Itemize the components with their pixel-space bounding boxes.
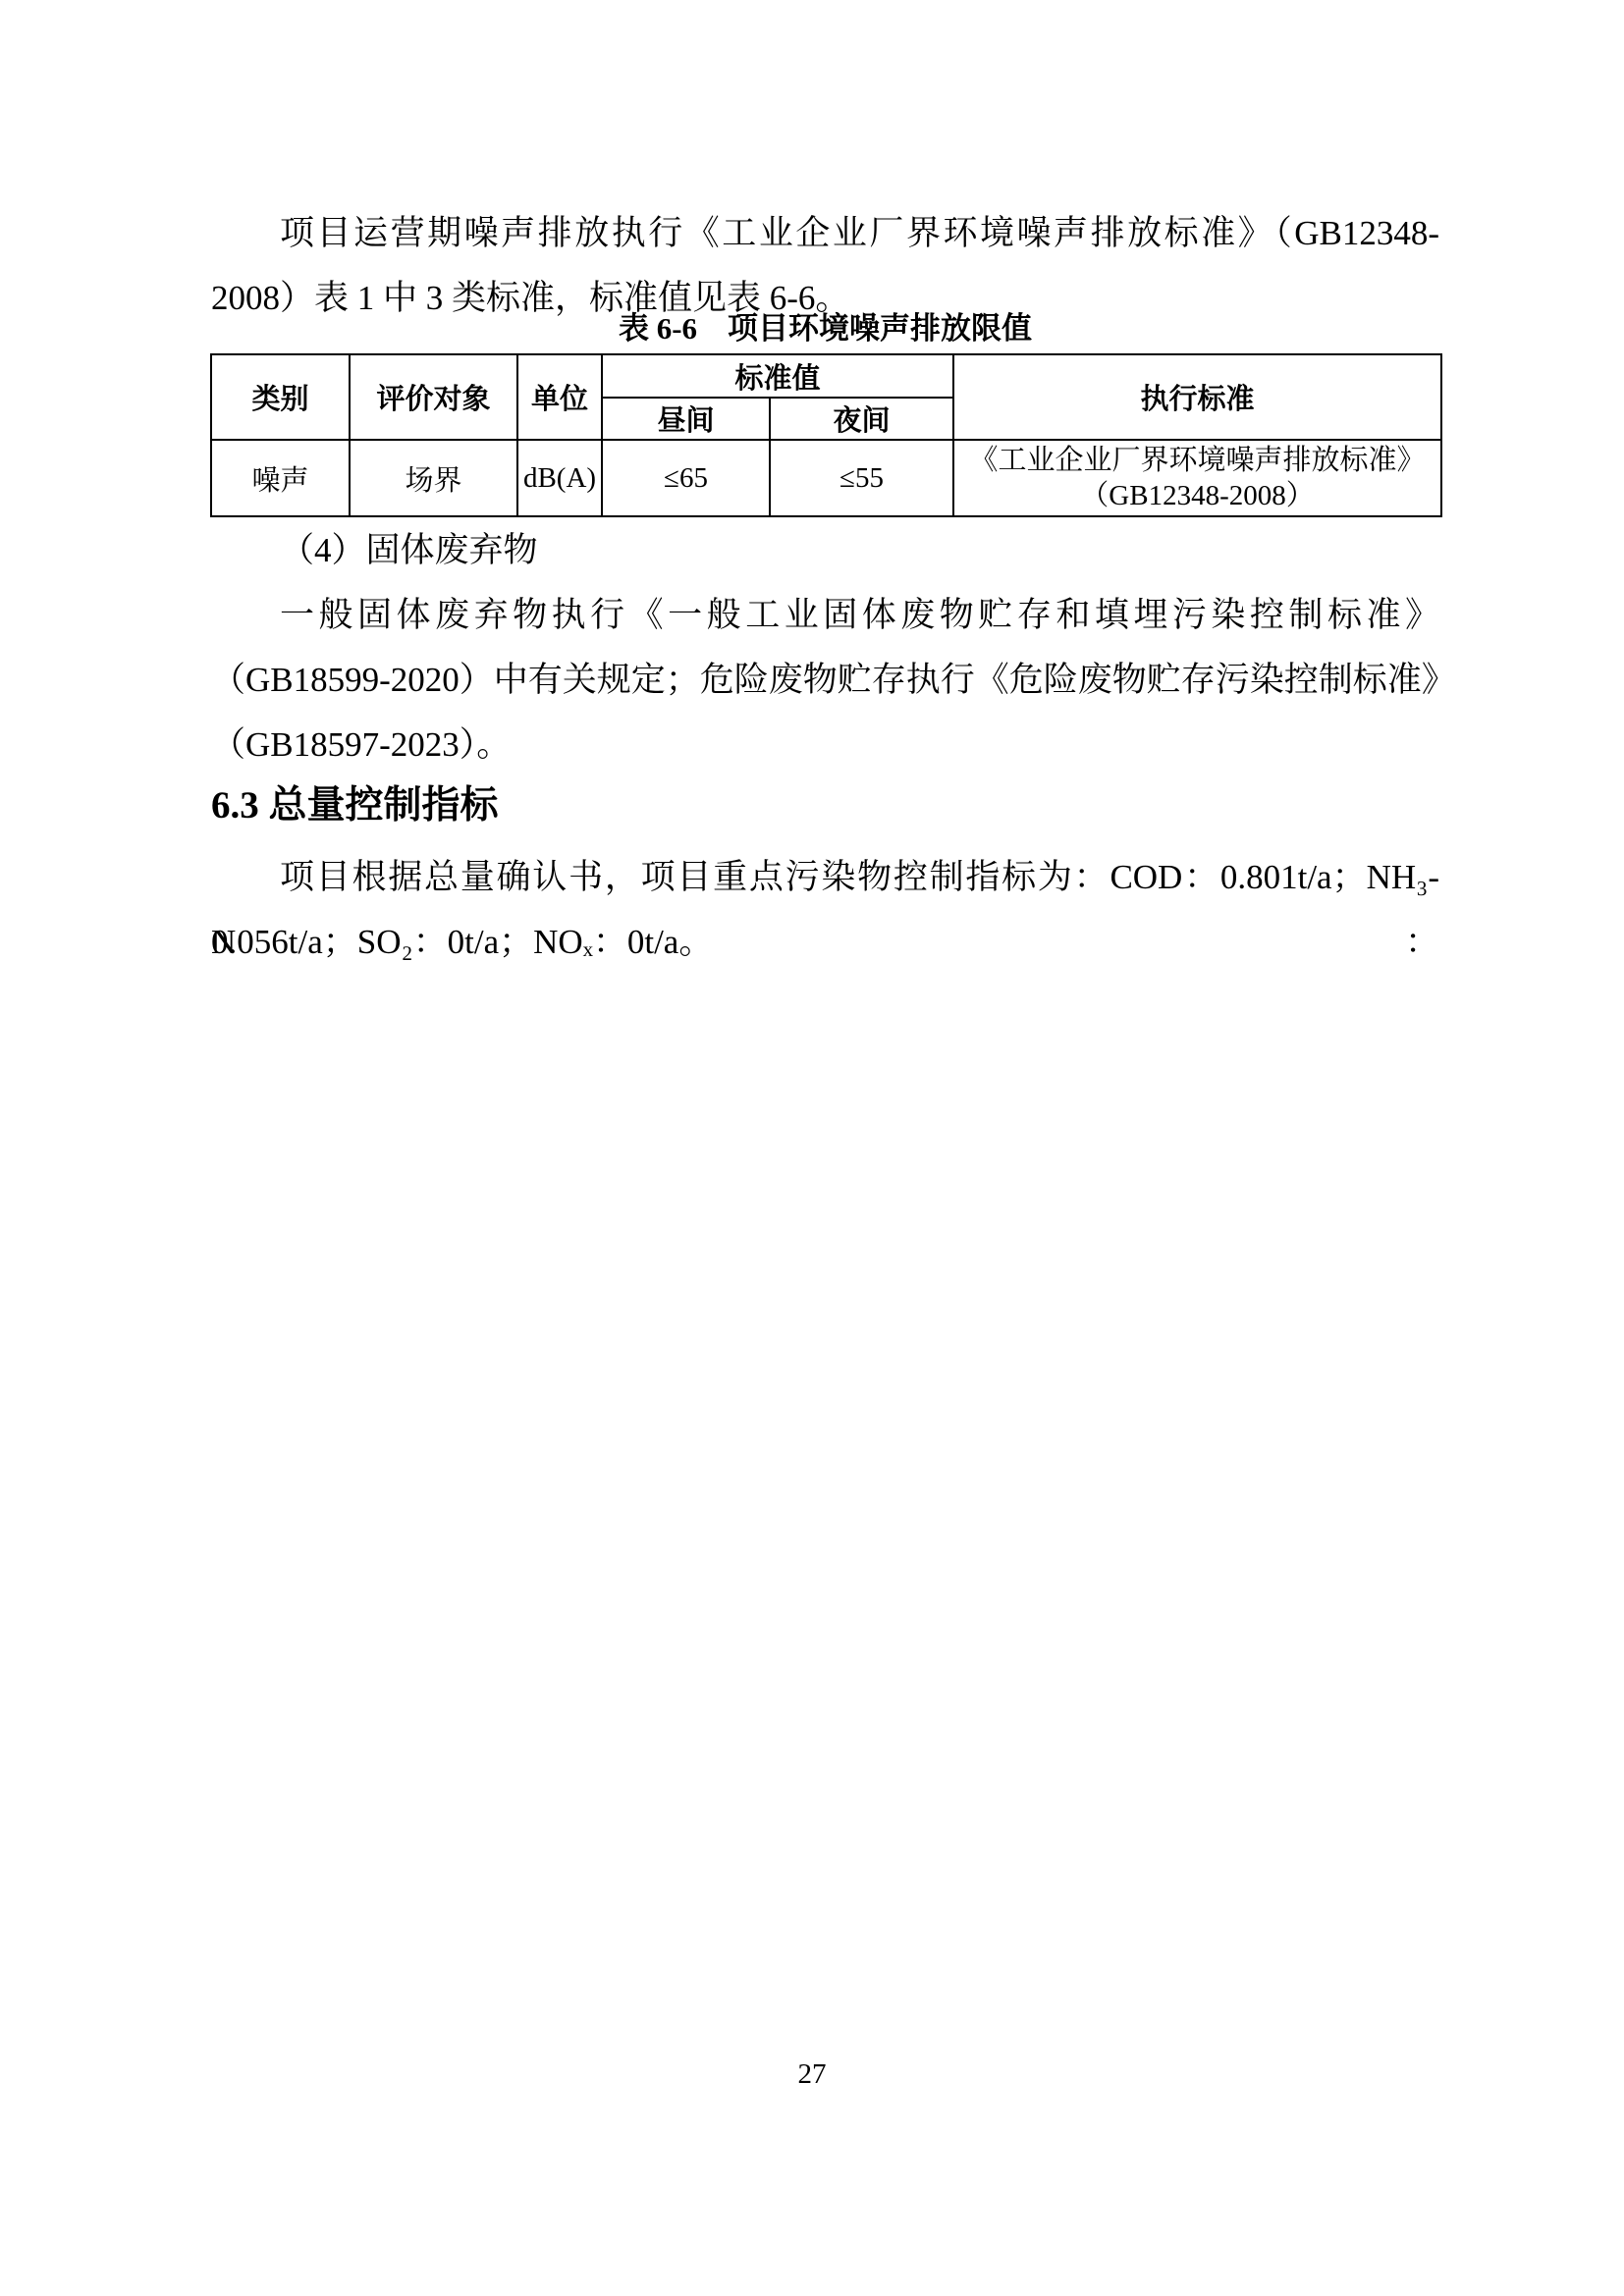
paragraph-noise-standard-line1: 项目运营期噪声排放执行《工业企业厂界环境噪声排放标准》（GB12348-	[211, 201, 1439, 266]
cell-target: 场界	[350, 440, 517, 516]
table-caption: 表 6-6 项目环境噪声排放限值	[211, 307, 1439, 350]
header-unit: 单位	[517, 354, 602, 440]
header-target: 评价对象	[350, 354, 517, 440]
cell-nighttime: ≤55	[770, 440, 953, 516]
document-page: 项目运营期噪声排放执行《工业企业厂界环境噪声排放标准》（GB12348- 200…	[0, 0, 1624, 2296]
header-standard-value: 标准值	[602, 354, 953, 398]
header-category: 类别	[211, 354, 350, 440]
section-heading-6-3: 6.3 总量控制指标	[211, 778, 1439, 833]
page-number: 27	[0, 2055, 1624, 2094]
solid-waste-subheading: （4）固体废弃物	[211, 518, 1439, 583]
solid-waste-line1: 一般固体废弃物执行《一般工业固体废物贮存和填埋污染控制标准》	[211, 583, 1439, 648]
section63-line2: 0.056t/a；SO₂：0t/a；NOₓ：0t/a。	[211, 910, 1439, 975]
table-row: 噪声 场界 dB(A) ≤65 ≤55 《工业企业厂界环境噪声排放标准》 （GB…	[211, 440, 1441, 516]
cell-executive-standard: 《工业企业厂界环境噪声排放标准》 （GB12348-2008）	[953, 440, 1441, 516]
cell-unit: dB(A)	[517, 440, 602, 516]
header-executive-standard: 执行标准	[953, 354, 1441, 440]
noise-limit-table: 类别 评价对象 单位 标准值 执行标准 昼间 夜间 噪声 场界 dB(A) ≤6…	[210, 353, 1442, 517]
cell-daytime: ≤65	[602, 440, 770, 516]
solid-waste-line2: （GB18599-2020）中有关规定；危险废物贮存执行《危险废物贮存污染控制标…	[211, 648, 1439, 713]
header-daytime: 昼间	[602, 398, 770, 440]
cell-executive-standard-line2: （GB12348-2008）	[954, 478, 1440, 513]
cell-category: 噪声	[211, 440, 350, 516]
cell-executive-standard-line1: 《工业企业厂界环境噪声排放标准》	[954, 443, 1440, 478]
solid-waste-line3: （GB18597-2023）。	[211, 713, 1439, 777]
header-nighttime: 夜间	[770, 398, 953, 440]
